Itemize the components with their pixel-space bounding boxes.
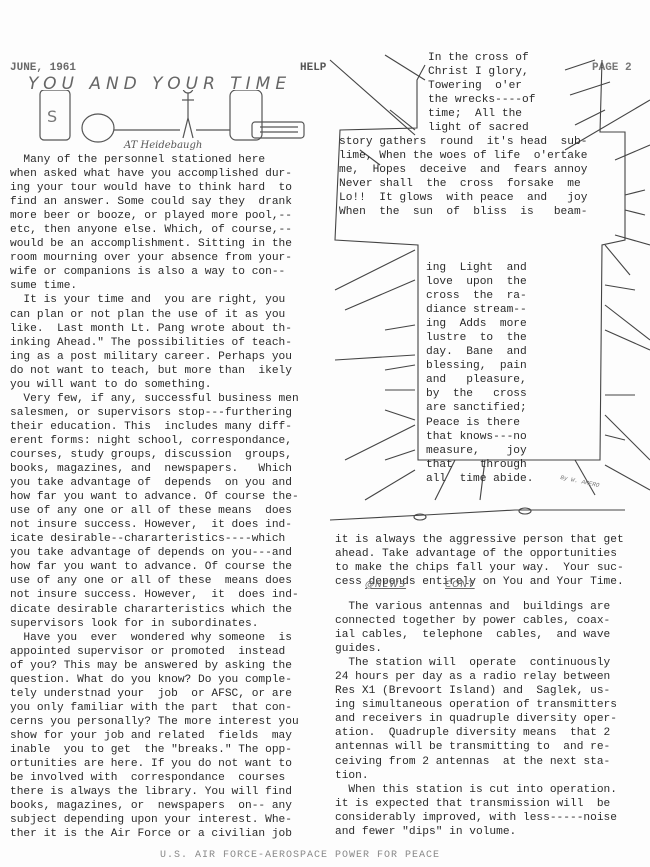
text-line: lustre to the [426, 331, 533, 345]
text-line: use of any one or all of these means doe… [10, 504, 312, 518]
text-line: can plan or not plan the use of it as yo… [10, 308, 312, 322]
text-line: dicate desirable chararteristics which t… [10, 603, 312, 617]
footer-slogan: U.S. AIR FORCE-AEROSPACE POWER FOR PEACE [160, 850, 440, 861]
issue-date: JUNE, 1961 [10, 62, 76, 74]
text-line: light of sacred [428, 121, 535, 135]
article-body: Many of the personnel stationed herewhen… [10, 153, 312, 841]
poem-top: In the cross ofChrist I glory,Towering o… [428, 51, 535, 135]
text-line: that through [426, 458, 533, 472]
text-line: use of any one or all of these means doe… [10, 574, 312, 588]
text-line: Have you ever wondered why someone is [10, 631, 312, 645]
text-line: ing as a post military career. Perhaps y… [10, 350, 312, 364]
text-line: it is always the aggressive person that … [335, 533, 645, 547]
text-line: Christ I glory, [428, 65, 535, 79]
text-line: In the cross of [428, 51, 535, 65]
text-line: cerns you personally? The more interest … [10, 715, 312, 729]
text-line: 24 hours per day as a radio relay betwee… [335, 670, 645, 684]
text-line: ing Adds more [426, 317, 533, 331]
text-line: supervisors look for in subordinates. [10, 617, 312, 631]
text-line: considerably improved, with less-----noi… [335, 811, 645, 825]
svg-text:S: S [47, 107, 57, 126]
text-line: that knows---no [426, 430, 533, 444]
text-line: not insure success. However, it does ind… [10, 588, 312, 602]
text-line: connected together by power cables, coax… [335, 614, 645, 628]
text-line: It is your time and you are right, you [10, 293, 312, 307]
text-line: it is expected that transmission will be [335, 797, 645, 811]
news-continued-label: CONT [445, 580, 475, 590]
text-line: ahead. Take advantage of the opportuniti… [335, 547, 645, 561]
text-line: tely understnad your job or AFSC, or are [10, 687, 312, 701]
text-line: Lo!! It glows with peace and joy [339, 191, 587, 205]
artist-credit: AT Heidebaugh [124, 140, 202, 151]
text-line: and receivers in quadruple diversity ope… [335, 712, 645, 726]
text-line: erent forms: night school, correspondanc… [10, 434, 312, 448]
text-line: blessing, pain [426, 359, 533, 373]
text-line: The station will operate continuously [335, 656, 645, 670]
text-line: of you? This may be answered by asking t… [10, 659, 312, 673]
text-line: more beer or booze, or played more pool,… [10, 209, 312, 223]
text-line: books, magazines, or newspapers on-- any [10, 799, 312, 813]
text-line: inable you to get the "breaks." The opp- [10, 743, 312, 757]
text-line: how far you want to advance. Of course t… [10, 490, 312, 504]
text-line: like. Last month Lt. Pang wrote about th… [10, 322, 312, 336]
text-line: you take advantage of depends on you and [10, 476, 312, 490]
text-line: the wrecks----of [428, 93, 535, 107]
text-line: Peace is there [426, 416, 533, 430]
text-line: Many of the personnel stationed here [10, 153, 312, 167]
poem-bottom: ing Light andlove upon thecross the ra-d… [426, 261, 533, 486]
text-line: when asked what have you accomplished du… [10, 167, 312, 181]
text-line: time; All the [428, 107, 535, 121]
text-line: ation. Quadruple diversity means that 2 [335, 726, 645, 740]
text-line: Never shall the cross forsake me [339, 177, 587, 191]
text-line: love upon the [426, 275, 533, 289]
text-line: question. What do you know? Do you compl… [10, 673, 312, 687]
text-line: how far you want to advance. Of course t… [10, 560, 312, 574]
text-line: ing your tour would have to think hard t… [10, 181, 312, 195]
text-line: are sanctified; [426, 401, 533, 415]
text-line: story gathers round it's head sub- [339, 135, 587, 149]
newsletter-title: HELP [300, 62, 326, 74]
news-body: The various antennas and buildings areco… [335, 600, 645, 839]
text-line: by the cross [426, 387, 533, 401]
text-line: courses, study groups, discussion groups… [10, 448, 312, 462]
text-line: do not want to teach, but more than ikel… [10, 364, 312, 378]
text-line: The various antennas and buildings are [335, 600, 645, 614]
text-line: ortunities are here. If you do not want … [10, 757, 312, 771]
text-line: etc, then anyone else. Which, of course,… [10, 223, 312, 237]
text-line: antennas will be transmitting to and re- [335, 740, 645, 754]
text-line: When this station is cut into operation. [335, 783, 645, 797]
text-line: me, Hopes deceive and fears annoy [339, 163, 587, 177]
poem-middle: story gathers round it's head sub-lime, … [339, 135, 587, 219]
text-line: ing simultaneous operation of transmitte… [335, 698, 645, 712]
text-line: measure, joy [426, 444, 533, 458]
text-line: icate desirable--chararteristics----whic… [10, 532, 312, 546]
text-line: find an answer. Some could say they dran… [10, 195, 312, 209]
newsletter-page: JUNE, 1961 HELP PAGE 2 YOU AND YOUR TIME… [0, 0, 650, 867]
text-line: not insure success. However, it does ind… [10, 518, 312, 532]
text-line: and fewer "dips" in volume. [335, 825, 645, 839]
text-line: ing Light and [426, 261, 533, 275]
text-line: cross the ra- [426, 289, 533, 303]
text-line: you only familiar with the part that con… [10, 701, 312, 715]
text-line: be involved with correspondance courses [10, 771, 312, 785]
text-line: ial cables, telephone cables, and wave [335, 628, 645, 642]
text-line: tion. [335, 769, 645, 783]
text-line: room mourning over your absence from you… [10, 251, 312, 265]
text-line: appointed supervisor or promoted instead [10, 645, 312, 659]
text-line: ceiving from 2 antennas at the next sta- [335, 755, 645, 769]
text-line: their education. This includes many diff… [10, 420, 312, 434]
text-line: Very few, if any, successful business me… [10, 392, 312, 406]
text-line: day. Bane and [426, 345, 533, 359]
text-line: you take advantage of depends on you---a… [10, 546, 312, 560]
text-line: guides. [335, 642, 645, 656]
text-line: inking Ahead." The possibilities of teac… [10, 336, 312, 350]
text-line: ther it is the Air Force or a civilian j… [10, 827, 312, 841]
text-line: you will want to do something. [10, 378, 312, 392]
text-line: all time abide. [426, 472, 533, 486]
text-line: Res X1 (Brevoort Island) and Saglek, us- [335, 684, 645, 698]
text-line: books, magazines, and newspapers. Which [10, 462, 312, 476]
text-line: diance stream-- [426, 303, 533, 317]
news-label: @NEWS [365, 580, 406, 590]
text-line: to make the chips fall your way. Your su… [335, 561, 645, 575]
text-line: and pleasure, [426, 373, 533, 387]
text-line: show for your job and related fields may [10, 729, 312, 743]
text-line: subject depending upon your interest. Wh… [10, 813, 312, 827]
text-line: there is always the library. You will fi… [10, 785, 312, 799]
text-line: wife or companions is also a way to con-… [10, 265, 312, 279]
text-line: When the sun of bliss is beam- [339, 205, 587, 219]
text-line: Towering o'er [428, 79, 535, 93]
text-line: sume time. [10, 279, 312, 293]
text-line: would be an accomplishment. Sitting in t… [10, 237, 312, 251]
text-line: salesmen, or supervisors stop---furtheri… [10, 406, 312, 420]
text-line: lime, When the woes of life o'ertake [339, 149, 587, 163]
